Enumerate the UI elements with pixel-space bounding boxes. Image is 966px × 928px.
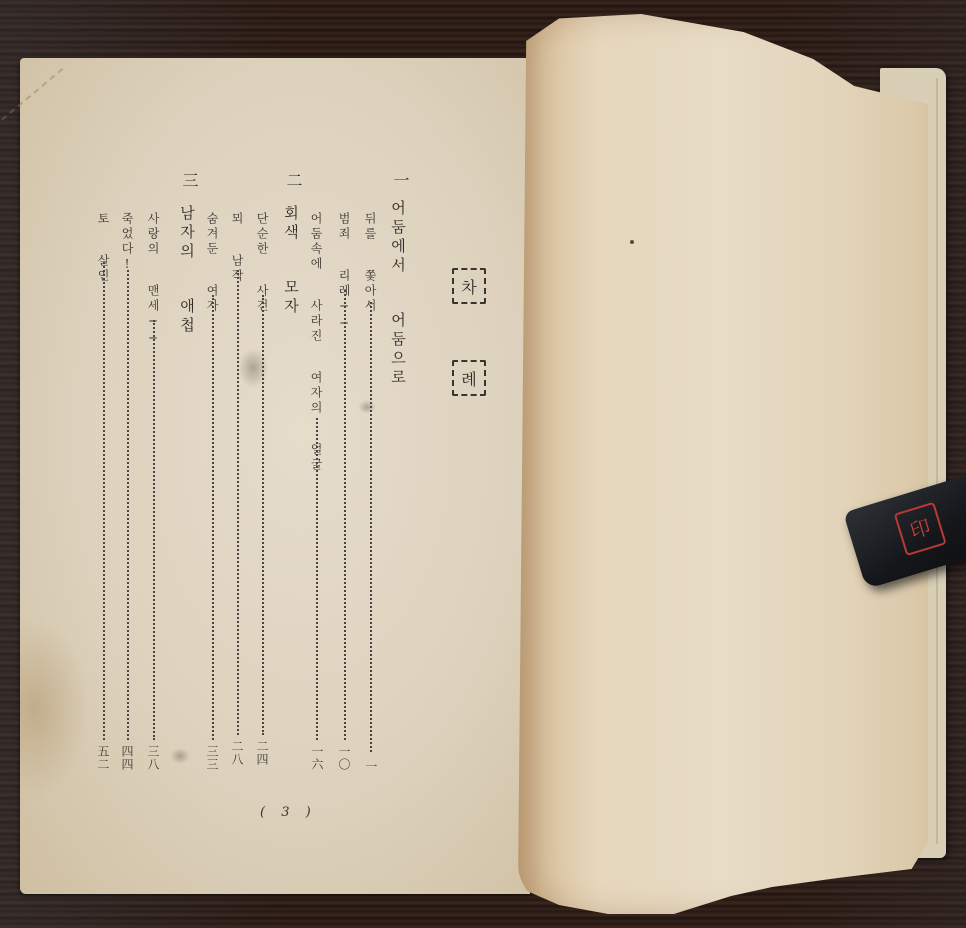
dot-leader (212, 295, 214, 740)
toc-entry-1-1[interactable]: 뒤를 쫓아서 (362, 212, 379, 314)
dot-leader (344, 290, 346, 740)
entry-page-number: 一六 (309, 745, 326, 771)
section-1-title: 어둠에서 어둠으로 (388, 200, 409, 388)
toc-entry-3-2[interactable]: 죽었다! (119, 212, 136, 274)
dot-leader (370, 302, 372, 752)
dot-leader (237, 270, 239, 735)
seal-red-stamp-icon: 印 (894, 502, 947, 556)
toc-title-char-1: 차 (452, 268, 486, 304)
dot-leader (103, 262, 105, 740)
entry-page-number: 三三 (204, 745, 221, 771)
entry-page-number: 三八 (145, 745, 162, 771)
entry-page-number: 一 (363, 760, 380, 773)
entry-title: 죽었다! (120, 212, 134, 274)
table-of-contents: 차 례 一 어둠에서 어둠으로 뒤를 쫓아서 一 범죄 리레── 一〇 어둠속에… (0, 0, 966, 928)
dot-leader (316, 418, 318, 740)
entry-page-number: 一〇 (336, 745, 353, 771)
section-2-number: 二 (282, 172, 305, 190)
section-1-number: 一 (389, 172, 412, 190)
toc-title-char-2: 례 (452, 360, 486, 396)
section-3-title: 남자의 애첩 (177, 205, 198, 336)
dot-leader (127, 270, 129, 740)
entry-title: 뒤를 쫓아서 (363, 212, 377, 314)
page-number: ( 3 ) (260, 805, 317, 820)
entry-page-number: 五二 (95, 745, 112, 771)
section-3-number: 三 (178, 172, 201, 190)
section-2-title: 회색 모자 (281, 205, 302, 317)
dot-leader (262, 295, 264, 735)
entry-page-number: 二四 (254, 740, 271, 766)
entry-page-number: 二八 (229, 740, 246, 766)
dot-leader (153, 320, 155, 740)
entry-page-number: 四四 (119, 745, 136, 771)
